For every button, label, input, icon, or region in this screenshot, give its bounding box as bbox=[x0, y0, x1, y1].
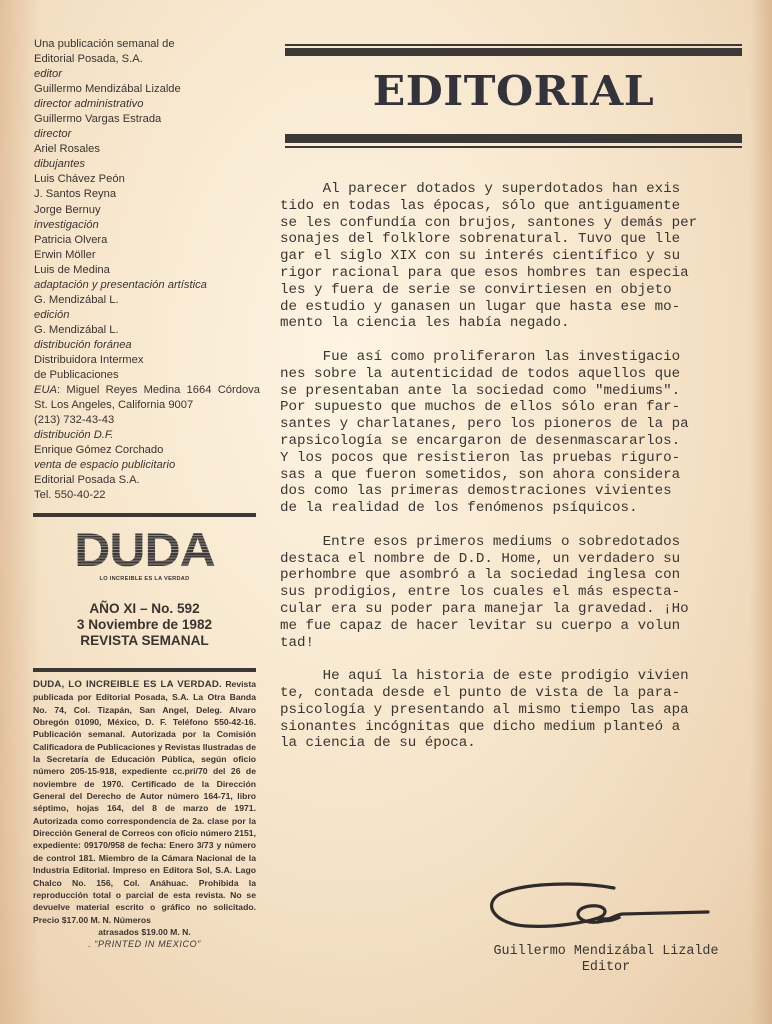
credit-name: Erwin Möller bbox=[34, 248, 260, 263]
credit-name: Ariel Rosales bbox=[34, 142, 260, 157]
credit-name: Editorial Posada, S.A. bbox=[34, 52, 260, 67]
credit-name: Distribuidora Intermex bbox=[34, 353, 260, 368]
legal-body: Revista publicada por Editorial Posada, … bbox=[33, 679, 256, 925]
divider-rule bbox=[33, 668, 256, 672]
credit-name: Jorge Bernuy bbox=[34, 203, 260, 218]
credit-role: edición bbox=[34, 308, 260, 323]
title-rule-thin-top bbox=[285, 44, 742, 46]
credit-name: (213) 732-43-43 bbox=[34, 413, 260, 428]
signer: Guillermo Mendizábal Lizalde Editor bbox=[465, 944, 747, 976]
title-rule-thick-bottom bbox=[285, 134, 742, 143]
credit-name: de Publicaciones bbox=[34, 368, 260, 383]
credit-name: Guillermo Mendizábal Lizalde bbox=[34, 82, 260, 97]
title-rule-thin-bottom bbox=[285, 146, 742, 148]
editorial-paragraph: Al parecer dotados y superdotados han ex… bbox=[280, 181, 750, 332]
logo-tagline: LO INCREIBLE ES LA VERDAD bbox=[33, 576, 256, 582]
credit-name: Enrique Gómez Corchado bbox=[34, 443, 260, 458]
eua-distribution: EUA: Miguel Reyes Medina 1664 Córdova St… bbox=[34, 383, 260, 413]
page-edge-stain-right bbox=[750, 0, 772, 1024]
credit-role: distribución foránea bbox=[34, 338, 260, 353]
editorial-paragraph: Entre esos primeros mediums o sobredotad… bbox=[280, 534, 750, 652]
signer-title: Editor bbox=[465, 960, 747, 976]
divider-rule bbox=[33, 513, 256, 517]
legal-notice: DUDA, LO INCREIBLE ES LA VERDAD. Revista… bbox=[33, 678, 256, 951]
editorial-body: Al parecer dotados y superdotados han ex… bbox=[280, 181, 750, 769]
issue-number: AÑO XI – No. 592 bbox=[33, 601, 256, 617]
credit-name: Luis de Medina bbox=[34, 263, 260, 278]
credit-role: editor bbox=[34, 67, 260, 82]
editorial-paragraph: Fue así como proliferaron las investigac… bbox=[280, 349, 750, 517]
eua-label: EUA bbox=[34, 384, 57, 396]
credit-role: venta de espacio publicitario bbox=[34, 458, 260, 473]
editorial-title: EDITORIAL bbox=[276, 66, 751, 116]
credit-name: Luis Chávez Peón bbox=[34, 172, 260, 187]
credit-name: G. Mendizábal L. bbox=[34, 293, 260, 308]
credit-role: distribución D.F. bbox=[34, 428, 260, 443]
credit-name: Tel. 550-40-22 bbox=[34, 488, 260, 503]
legal-back-issues: atrasados $19.00 M. N. bbox=[33, 926, 256, 938]
logo-wordmark: DUDA bbox=[33, 527, 256, 573]
issue-type: REVISTA SEMANAL bbox=[33, 633, 256, 649]
masthead-credits: Una publicación semanal deEditorial Posa… bbox=[34, 37, 260, 503]
credit-role: investigación bbox=[34, 218, 260, 233]
credit-role: adaptación y presentación artística bbox=[34, 278, 260, 293]
credit-name: Una publicación semanal de bbox=[34, 37, 260, 52]
signer-name: Guillermo Mendizábal Lizalde bbox=[465, 944, 747, 960]
editorial-paragraph: He aquí la historia de este prodigio viv… bbox=[280, 668, 750, 752]
credit-role: dibujantes bbox=[34, 157, 260, 172]
printed-in-mexico: . “PRINTED IN MEXICO” bbox=[33, 938, 256, 950]
credit-role: director bbox=[34, 127, 260, 142]
credit-name: Patricia Olvera bbox=[34, 233, 260, 248]
credit-name: J. Santos Reyna bbox=[34, 187, 260, 202]
issue-date: 3 Noviembre de 1982 bbox=[33, 617, 256, 633]
signature-icon bbox=[486, 880, 716, 935]
eua-address: : Miguel Reyes Medina 1664 Córdova St. L… bbox=[34, 384, 260, 411]
credit-role: director administrativo bbox=[34, 97, 260, 112]
legal-heading: DUDA, LO INCREIBLE ES LA VERDAD. bbox=[33, 679, 222, 690]
issue-info: AÑO XI – No. 592 3 Noviembre de 1982 REV… bbox=[33, 601, 256, 650]
title-rule-thick-top bbox=[285, 48, 742, 56]
magazine-logo: DUDA LO INCREIBLE ES LA VERDAD bbox=[33, 526, 256, 582]
credit-name: Guillermo Vargas Estrada bbox=[34, 112, 260, 127]
credit-name: G. Mendizábal L. bbox=[34, 323, 260, 338]
credit-name: Editorial Posada S.A. bbox=[34, 473, 260, 488]
